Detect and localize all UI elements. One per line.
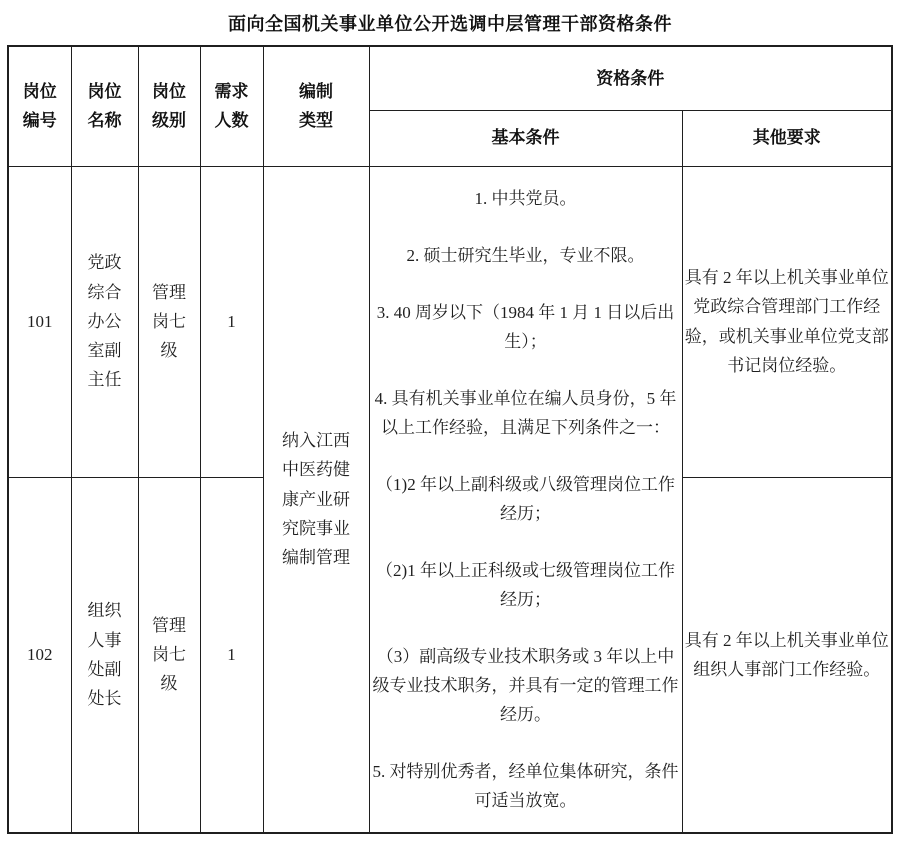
col-header-other-requirements: 其他要求 <box>682 110 892 166</box>
cell-post-id: 101 <box>8 166 71 477</box>
basic-condition-item: 5. 对特别优秀者，经单位集体研究，条件可适当放宽。 <box>370 757 682 815</box>
cell-headcount: 1 <box>200 477 263 833</box>
recruitment-table: 岗位编号 岗位名称 岗位级别 需求人数 编制类型 资格条件 基本条件 <box>7 45 893 834</box>
cell-establishment-type: 纳入江西中医药健康产业研究院事业编制管理 <box>263 166 369 833</box>
col-header-post-id: 岗位编号 <box>8 46 71 166</box>
col-header-establishment-type: 编制类型 <box>263 46 369 166</box>
cell-other-requirements: 具有 2 年以上机关事业单位党政综合管理部门工作经验，或机关事业单位党支部书记岗… <box>682 166 892 477</box>
col-header-post-level: 岗位级别 <box>138 46 200 166</box>
cell-headcount: 1 <box>200 166 263 477</box>
cell-other-requirements: 具有 2 年以上机关事业单位组织人事部门工作经验。 <box>682 477 892 833</box>
basic-condition-item: 3. 40 周岁以下（1984 年 1 月 1 日以后出生）； <box>370 298 682 356</box>
header-row-1: 岗位编号 岗位名称 岗位级别 需求人数 编制类型 资格条件 <box>8 46 892 110</box>
basic-condition-item: 4. 具有机关事业单位在编人员身份，5 年以上工作经验，且满足下列条件之一： <box>370 384 682 442</box>
col-header-headcount: 需求人数 <box>200 46 263 166</box>
col-header-qualifications: 资格条件 <box>369 46 892 110</box>
basic-condition-item: （2)1 年以上正科级或七级管理岗位工作经历； <box>370 556 682 614</box>
cell-post-name: 党政综合办公室副主任 <box>71 166 138 477</box>
basic-condition-item: 1. 中共党员。 <box>370 184 682 213</box>
cell-post-level: 管理岗七级 <box>138 477 200 833</box>
document-page: 面向全国机关事业单位公开选调中层管理干部资格条件 岗位编号 岗位名称 岗位级别 … <box>0 0 900 857</box>
cell-post-name: 组织人事处副处长 <box>71 477 138 833</box>
basic-condition-item: 2. 硕士研究生毕业，专业不限。 <box>370 241 682 270</box>
col-header-basic-conditions: 基本条件 <box>369 110 682 166</box>
cell-post-level: 管理岗七级 <box>138 166 200 477</box>
basic-condition-item: （1)2 年以上副科级或八级管理岗位工作经历； <box>370 470 682 528</box>
basic-condition-item: （3）副高级专业技术职务或 3 年以上中级专业技术职务，并具有一定的管理工作经历… <box>370 642 682 729</box>
cell-basic-conditions: 1. 中共党员。 2. 硕士研究生毕业，专业不限。 3. 40 周岁以下（198… <box>369 166 682 833</box>
cell-post-id: 102 <box>8 477 71 833</box>
page-title: 面向全国机关事业单位公开选调中层管理干部资格条件 <box>0 10 900 36</box>
col-header-post-name: 岗位名称 <box>71 46 138 166</box>
table-row-101: 101 党政综合办公室副主任 管理岗七级 1 纳入江西中医药健康产业研究院事业编… <box>8 166 892 477</box>
